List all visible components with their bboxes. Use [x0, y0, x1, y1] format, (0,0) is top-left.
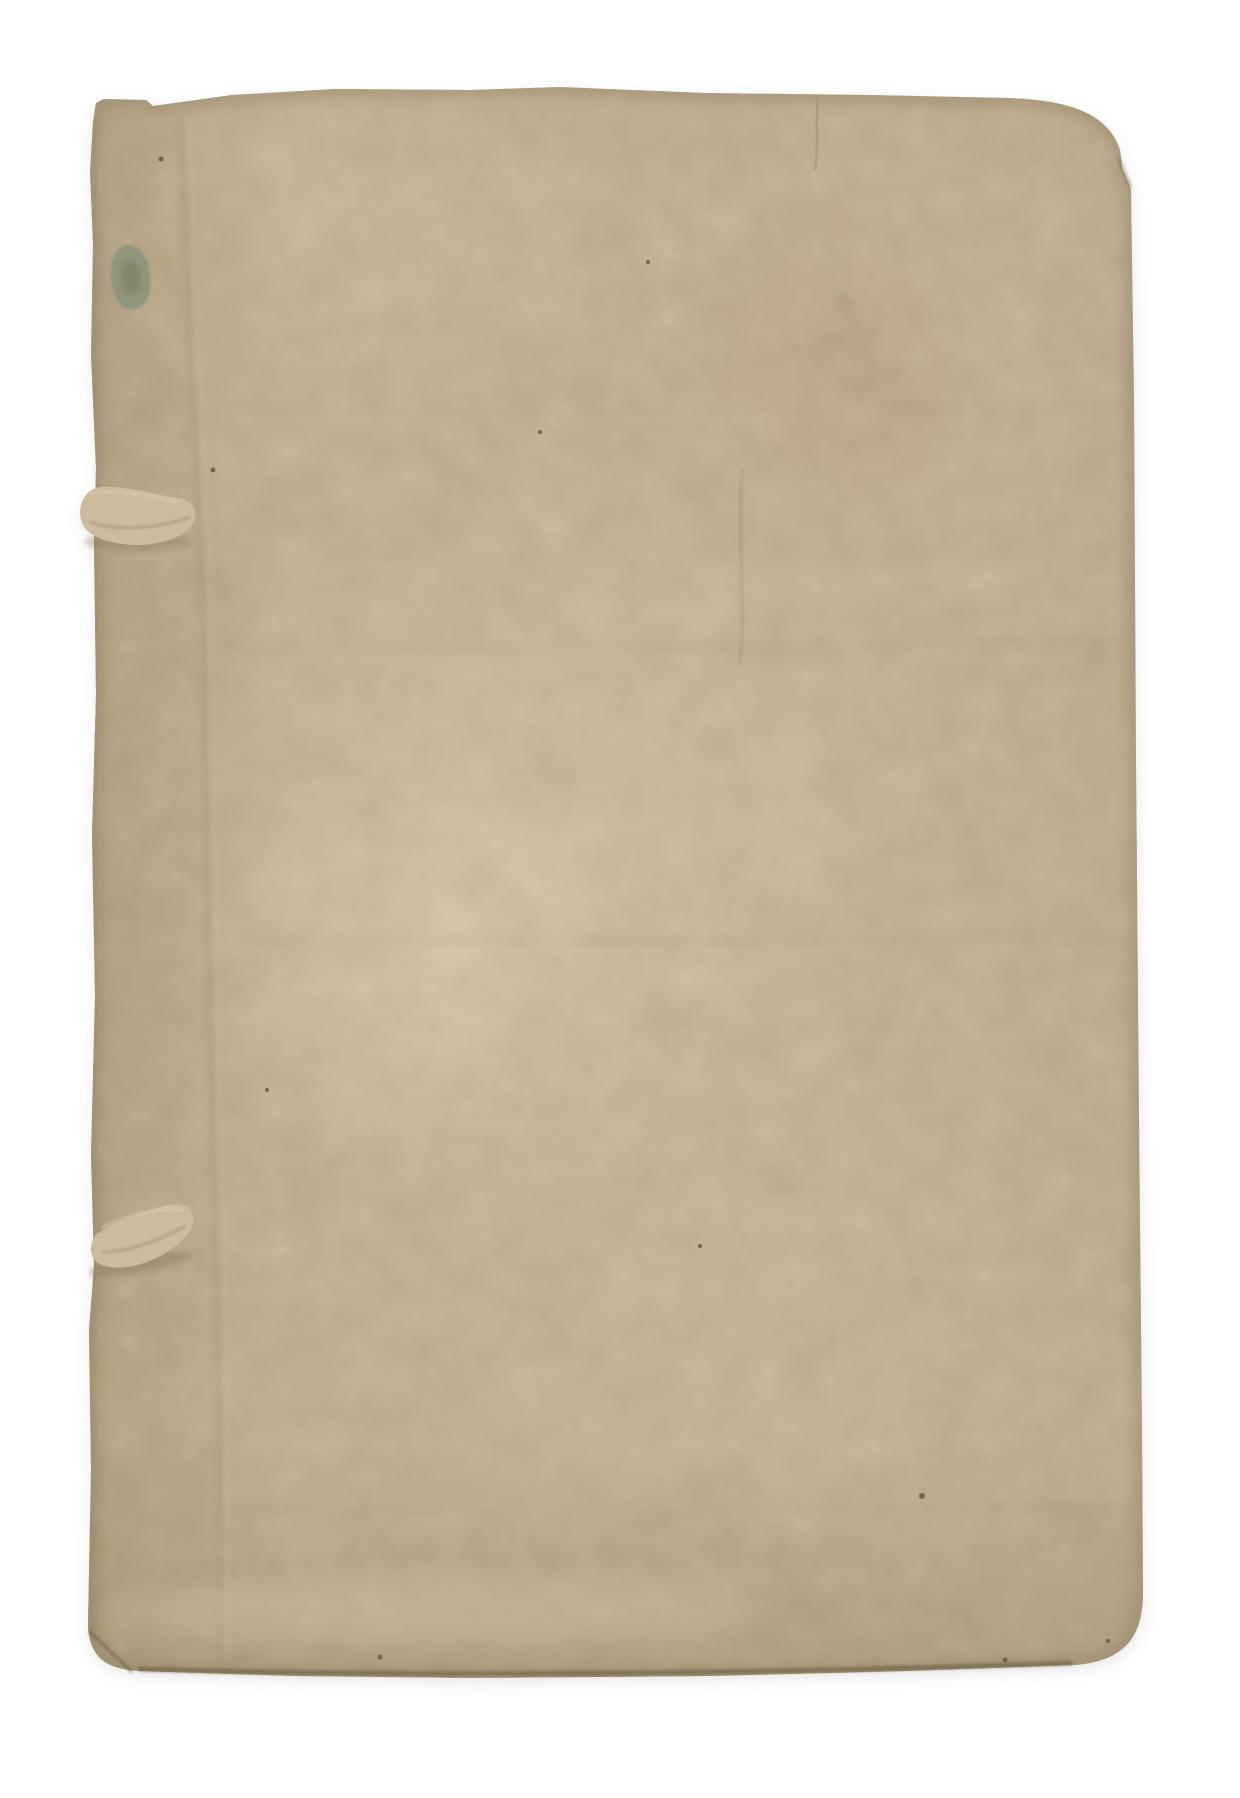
- paper-texture: [80, 80, 1155, 1690]
- stain-brown-spot: [836, 294, 854, 312]
- book-photo: [0, 0, 1240, 1798]
- photo-canvas: [0, 0, 1240, 1798]
- stain-green-core: [121, 261, 141, 295]
- bottom-turnin-highlight: [100, 1578, 760, 1646]
- book: [80, 80, 1155, 1690]
